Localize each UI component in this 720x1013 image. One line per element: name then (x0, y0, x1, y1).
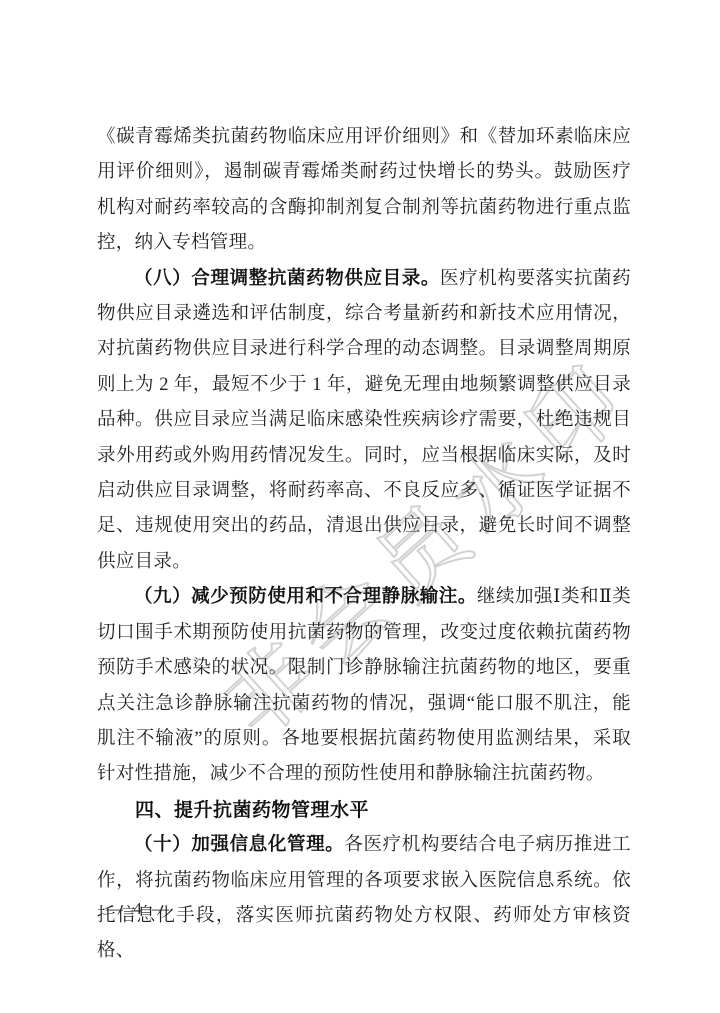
document-page: 非会员水印 《碳青霉烯类抗菌药物临床应用评价细则》和《替加环素临床应用评价细则》… (0, 0, 720, 1013)
paragraph-10: （十）加强信息化管理。各医疗机构要结合电子病历推进工作，将抗菌药物临床应用管理的… (97, 828, 631, 970)
page-number: — 4 — (106, 899, 172, 919)
paragraph-9: （九）减少预防使用和不合理静脉输注。继续加强Ⅰ类和Ⅱ类切口围手术期预防使用抗菌药… (97, 580, 631, 792)
paragraph-9-lead: （九）减少预防使用和不合理静脉输注。 (134, 587, 477, 607)
section-heading-4: 四、提升抗菌药物管理水平 (97, 793, 631, 828)
document-body: 《碳青霉烯类抗菌药物临床应用评价细则》和《替加环素临床应用评价细则》，遏制碳青霉… (97, 120, 631, 970)
paragraph-continuation: 《碳青霉烯类抗菌药物临床应用评价细则》和《替加环素临床应用评价细则》，遏制碳青霉… (97, 120, 631, 262)
paragraph-9-body: 继续加强Ⅰ类和Ⅱ类切口围手术期预防使用抗菌药物的管理，改变过度依赖抗菌药物预防手… (97, 587, 631, 784)
paragraph-10-lead: （十）加强信息化管理。 (134, 835, 344, 855)
paragraph-8: （八）合理调整抗菌药物供应目录。医疗机构要落实抗菌药物供应目录遴选和评估制度，综… (97, 262, 631, 581)
paragraph-8-body: 医疗机构要落实抗菌药物供应目录遴选和评估制度，综合考量新药和新技术应用情况，对抗… (97, 269, 631, 572)
paragraph-8-lead: （八）合理调整抗菌药物供应目录。 (134, 269, 440, 289)
